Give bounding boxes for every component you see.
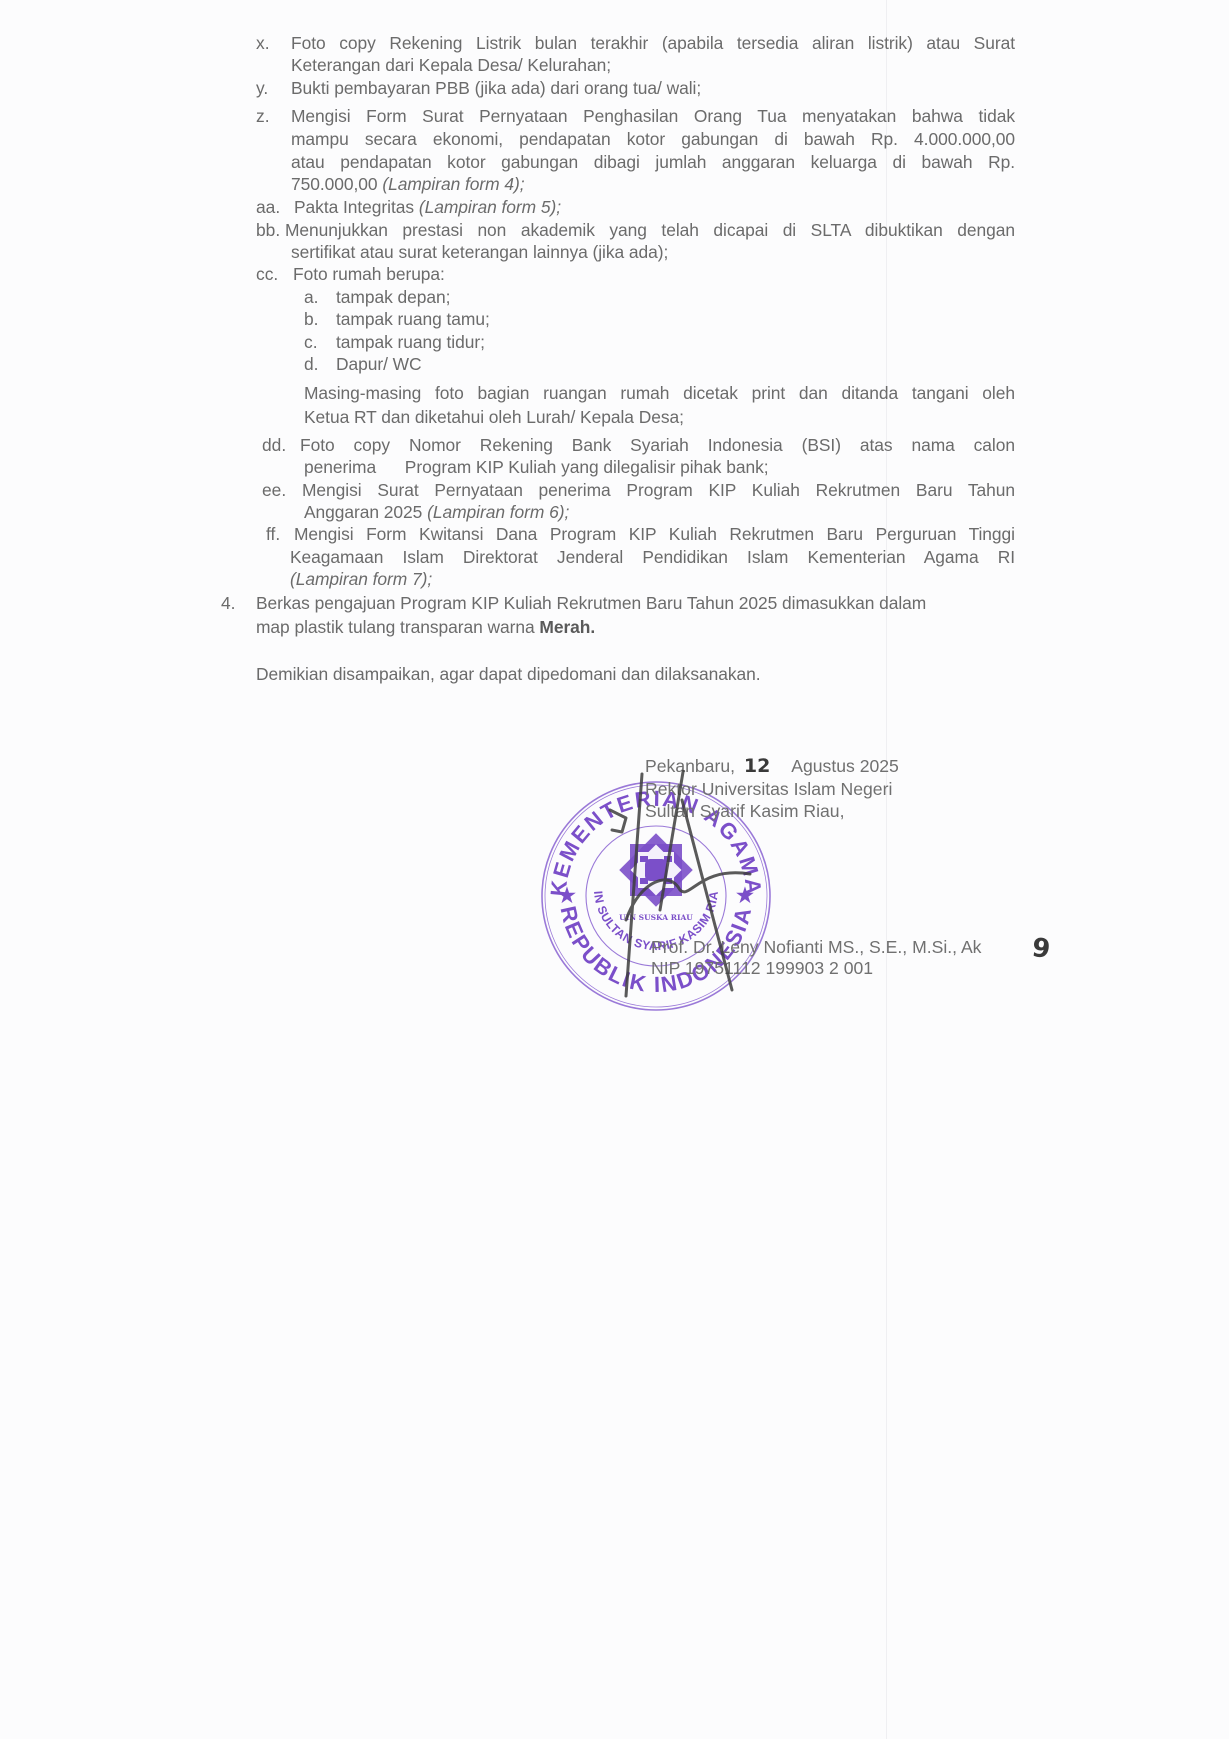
item-ff-line3: (Lampiran form 7);: [290, 568, 432, 590]
star-icon: ★: [558, 885, 576, 907]
item-bb-line2: sertifikat atau surat keterangan lainnya…: [291, 241, 668, 263]
item-y-line1: Bukti pembayaran PBB (jika ada) dari ora…: [291, 77, 701, 99]
subitem-label-a: a.: [304, 286, 319, 308]
item-z-line4: 750.000,00 (Lampiran form 4);: [291, 173, 524, 195]
item-bb-line1: Menunjukkan prestasi non akademik yang t…: [285, 219, 1015, 241]
item-z-line1: Mengisi Form Surat Pernyataan Penghasila…: [291, 105, 1015, 127]
lampiran-ref: (Lampiran form 7);: [290, 569, 432, 589]
item-ee-line2: Anggaran 2025 (Lampiran form 6);: [304, 501, 569, 523]
paraf-initial: 9: [1030, 933, 1052, 965]
item-label-z: z.: [256, 105, 270, 127]
subitem-label-d: d.: [304, 353, 319, 375]
item-cc-note-line2: Ketua RT dan diketahui oleh Lurah/ Kepal…: [304, 406, 684, 428]
item-ee-line1: Mengisi Surat Pernyataan penerima Progra…: [302, 479, 1015, 501]
item-ff-line2: Keagamaan Islam Direktorat Jenderal Pend…: [290, 546, 1015, 568]
handwritten-signature: [600, 770, 780, 1000]
lampiran-ref: (Lampiran form 4);: [382, 174, 524, 194]
lampiran-ref: (Lampiran form 6);: [427, 502, 569, 522]
item-label-dd: dd.: [262, 434, 286, 456]
lampiran-ref: (Lampiran form 5);: [419, 197, 561, 217]
item-label-x: x.: [256, 32, 270, 54]
item-label-y: y.: [256, 77, 268, 99]
item-z-line3: atau pendapatan kotor gabungan dibagi ju…: [291, 151, 1015, 173]
subitem-d: Dapur/ WC: [336, 353, 422, 375]
item-ff-line1: Mengisi Form Kwitansi Dana Program KIP K…: [294, 523, 1015, 545]
item-cc-line1: Foto rumah berupa:: [293, 263, 445, 285]
item-4-line2: map plastik tulang transparan warna Mera…: [256, 616, 595, 638]
subitem-c: tampak ruang tidur;: [336, 331, 485, 353]
color-emphasis: Merah.: [539, 617, 595, 637]
subitem-label-c: c.: [304, 331, 318, 353]
item-label-4: 4.: [221, 592, 236, 614]
item-dd-line1: Foto copy Nomor Rekening Bank Syariah In…: [300, 434, 1015, 456]
item-x-line2: Keterangan dari Kepala Desa/ Kelurahan;: [291, 54, 611, 76]
subitem-b: tampak ruang tamu;: [336, 308, 490, 330]
item-label-cc: cc.: [256, 263, 278, 285]
item-x-line1: Foto copy Rekening Listrik bulan terakhi…: [291, 32, 1015, 54]
item-label-bb: bb.: [256, 219, 280, 241]
scan-fold-line: [886, 0, 887, 1739]
document-page: x. Foto copy Rekening Listrik bulan tera…: [0, 0, 1229, 1739]
item-dd-line2: penerima Program KIP Kuliah yang dilegal…: [304, 456, 769, 478]
item-z-line2: mampu secara ekonomi, pendapatan kotor g…: [291, 128, 1015, 150]
item-aa-line1: Pakta Integritas (Lampiran form 5);: [294, 196, 561, 218]
item-label-ff: ff.: [266, 523, 280, 545]
subitem-label-b: b.: [304, 308, 319, 330]
subitem-a: tampak depan;: [336, 286, 450, 308]
closing-sentence: Demikian disampaikan, agar dapat dipedom…: [256, 663, 761, 685]
item-4-line1: Berkas pengajuan Program KIP Kuliah Rekr…: [256, 592, 1019, 614]
item-cc-note-line1: Masing-masing foto bagian ruangan rumah …: [304, 382, 1015, 404]
item-label-ee: ee.: [262, 479, 286, 501]
item-label-aa: aa.: [256, 196, 280, 218]
